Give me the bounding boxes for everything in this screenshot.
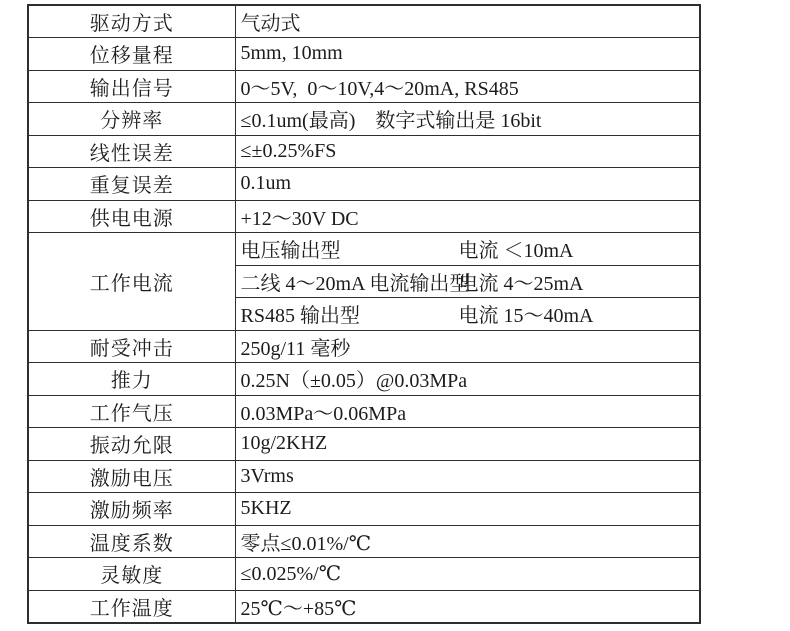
spec-value-operating-current-voltage-type: 电压输出型电流 ＜10mA bbox=[235, 233, 700, 266]
table-row: 工作温度25℃～+85℃ bbox=[28, 590, 700, 623]
current-spec-label: 电流 4～25mA bbox=[459, 273, 584, 295]
spec-value-resolution: ≤0.1um(最高) 数字式输出是 16bit bbox=[235, 103, 700, 136]
table-row: 激励频率5KHZ bbox=[28, 493, 700, 526]
spec-value-excitation-voltage: 3Vrms bbox=[235, 460, 700, 493]
output-type-label: 二线 4～20mA 电流输出型 bbox=[241, 267, 459, 296]
spec-label-operating-current: 工作电流 bbox=[28, 233, 235, 331]
table-row: 分辨率≤0.1um(最高) 数字式输出是 16bit bbox=[28, 103, 700, 136]
spec-value-displacement-range: 5mm, 10mm bbox=[235, 38, 700, 71]
spec-value-vibration-limit: 10g/2KHZ bbox=[235, 428, 700, 461]
table-row: 激励电压3Vrms bbox=[28, 460, 700, 493]
spec-value-temperature-coefficient: 零点≤0.01%/℃ bbox=[235, 525, 700, 558]
spec-value-operating-current-rs485-type: RS485 输出型电流 15～40mA bbox=[235, 298, 700, 331]
current-spec-label: 电流 ＜10mA bbox=[459, 240, 574, 262]
table-row: 温度系数零点≤0.01%/℃ bbox=[28, 525, 700, 558]
spec-label-displacement-range: 位移量程 bbox=[28, 38, 235, 71]
table-row: 推力0.25N（±0.05）@0.03MPa bbox=[28, 363, 700, 396]
spec-label-sensitivity: 灵敏度 bbox=[28, 558, 235, 591]
spec-label-shock-resistance: 耐受冲击 bbox=[28, 330, 235, 363]
spec-label-vibration-limit: 振动允限 bbox=[28, 428, 235, 461]
spec-label-excitation-frequency: 激励频率 bbox=[28, 493, 235, 526]
current-spec-label: 电流 15～40mA bbox=[459, 305, 594, 327]
page: 驱动方式气动式 位移量程5mm, 10mm 输出信号0～5V, 0～10V,4～… bbox=[0, 0, 790, 631]
spec-value-shock-resistance: 250g/11 毫秒 bbox=[235, 330, 700, 363]
table-row: 工作气压0.03MPa～0.06MPa bbox=[28, 395, 700, 428]
table-row: 驱动方式气动式 bbox=[28, 5, 700, 38]
output-type-label: 电压输出型 bbox=[241, 234, 459, 263]
output-type-label: RS485 输出型 bbox=[241, 299, 459, 328]
spec-value-output-signal: 0～5V, 0～10V,4～20mA, RS485 bbox=[235, 70, 700, 103]
table-row: 输出信号0～5V, 0～10V,4～20mA, RS485 bbox=[28, 70, 700, 103]
table-row: 耐受冲击250g/11 毫秒 bbox=[28, 330, 700, 363]
spec-value-repeatability-error: 0.1um bbox=[235, 168, 700, 201]
spec-label-output-signal: 输出信号 bbox=[28, 70, 235, 103]
spec-value-thrust: 0.25N（±0.05）@0.03MPa bbox=[235, 363, 700, 396]
spec-label-excitation-voltage: 激励电压 bbox=[28, 460, 235, 493]
spec-value-operating-air-pressure: 0.03MPa～0.06MPa bbox=[235, 395, 700, 428]
spec-value-excitation-frequency: 5KHZ bbox=[235, 493, 700, 526]
spec-value-linearity-error: ≤±0.25%FS bbox=[235, 135, 700, 168]
spec-label-resolution: 分辨率 bbox=[28, 103, 235, 136]
table-row: 重复误差0.1um bbox=[28, 168, 700, 201]
table-row: 位移量程5mm, 10mm bbox=[28, 38, 700, 71]
spec-label-thrust: 推力 bbox=[28, 363, 235, 396]
spec-value-operating-temperature: 25℃～+85℃ bbox=[235, 590, 700, 623]
spec-value-sensitivity: ≤0.025%/℃ bbox=[235, 558, 700, 591]
table-row: 线性误差≤±0.25%FS bbox=[28, 135, 700, 168]
spec-label-operating-air-pressure: 工作气压 bbox=[28, 395, 235, 428]
spec-label-power-supply: 供电电源 bbox=[28, 200, 235, 233]
spec-label-repeatability-error: 重复误差 bbox=[28, 168, 235, 201]
spec-table: 驱动方式气动式 位移量程5mm, 10mm 输出信号0～5V, 0～10V,4～… bbox=[27, 4, 701, 624]
spec-value-drive-mode: 气动式 bbox=[235, 5, 700, 38]
table-row: 振动允限10g/2KHZ bbox=[28, 428, 700, 461]
spec-label-drive-mode: 驱动方式 bbox=[28, 5, 235, 38]
spec-label-linearity-error: 线性误差 bbox=[28, 135, 235, 168]
table-row: 灵敏度≤0.025%/℃ bbox=[28, 558, 700, 591]
spec-value-power-supply: +12～30V DC bbox=[235, 200, 700, 233]
table-row: 供电电源+12～30V DC bbox=[28, 200, 700, 233]
table-row: 工作电流电压输出型电流 ＜10mA bbox=[28, 233, 700, 266]
spec-label-temperature-coefficient: 温度系数 bbox=[28, 525, 235, 558]
spec-value-operating-current-two-wire-type: 二线 4～20mA 电流输出型电流 4～25mA bbox=[235, 265, 700, 298]
spec-label-operating-temperature: 工作温度 bbox=[28, 590, 235, 623]
